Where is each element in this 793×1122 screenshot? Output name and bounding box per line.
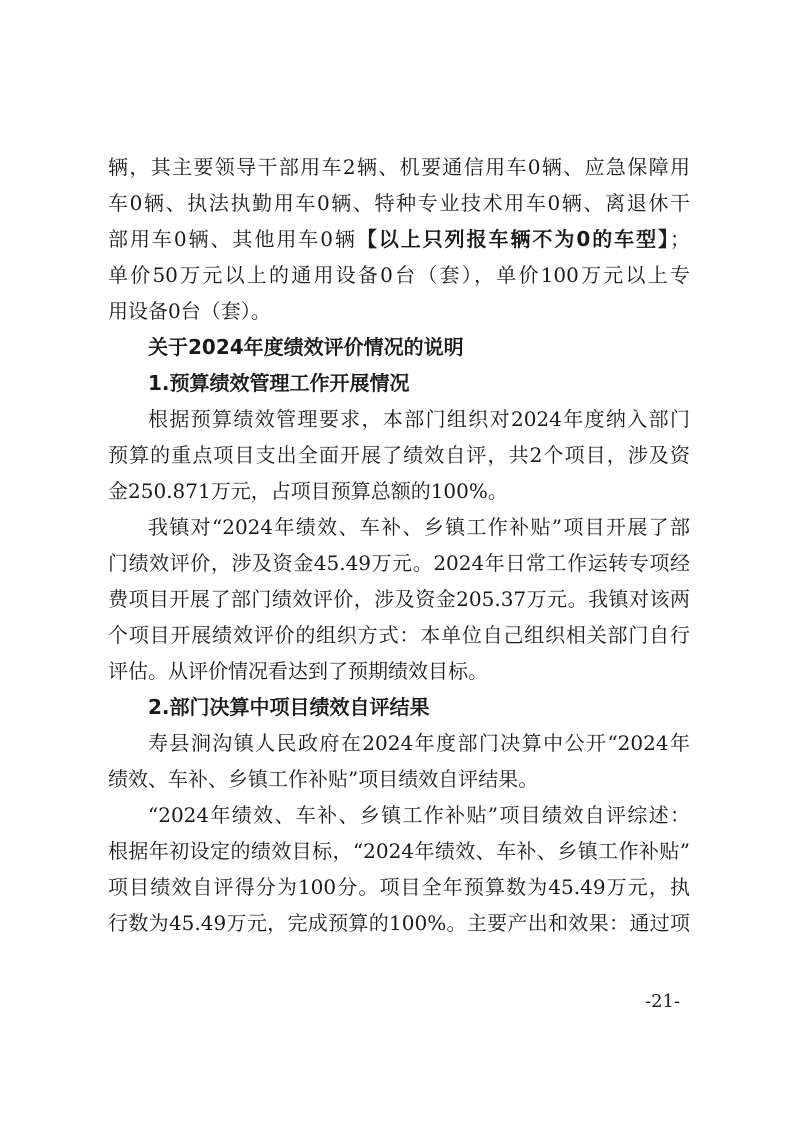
- paragraph-line: 费项目开展了部门绩效评价，涉及资金205.37万元。我镇对该两: [108, 581, 690, 617]
- vehicle-paragraph-line: 辆，其主要领导干部用车2辆、机要通信用车0辆、应急保障用: [108, 149, 690, 185]
- heading-budget-performance: 1.预算绩效管理工作开展情况: [108, 365, 690, 401]
- paragraph-line: 根据预算绩效管理要求，本部门组织对2024年度纳入部门: [108, 401, 690, 437]
- section-title: 关于2024年度绩效评价情况的说明: [108, 329, 690, 365]
- paragraph-line: 门绩效评价，涉及资金45.49万元。2024年日常工作运转专项经: [108, 545, 690, 581]
- paragraph-line: 评估。从评价情况看达到了预期绩效目标。: [108, 653, 690, 689]
- paragraph-line: 个项目开展绩效评价的组织方式：本单位自己组织相关部门自行: [108, 617, 690, 653]
- equipment-paragraph-line: 用设备0台（套）。: [108, 293, 690, 329]
- vehicle-text-tail: ；: [670, 227, 690, 251]
- paragraph-line: 寿县涧沟镇人民政府在2024年度部门决算中公开“2024年: [108, 725, 690, 761]
- paragraph-line: 根据年初设定的绩效目标，“2024年绩效、车补、乡镇工作补贴”: [108, 833, 690, 869]
- vehicle-paragraph-line: 车0辆、执法执勤用车0辆、特种专业技术用车0辆、离退休干: [108, 185, 690, 221]
- paragraph-line: 项目绩效自评得分为100分。项目全年预算数为45.49万元，执: [108, 869, 690, 905]
- vehicle-text: 部用车0辆、其他用车0辆: [108, 227, 357, 251]
- paragraph-line: 绩效、车补、乡镇工作补贴”项目绩效自评结果。: [108, 761, 690, 797]
- paragraph-line: 金250.871万元，占项目预算总额的100%。: [108, 473, 690, 509]
- paragraph-line: 预算的重点项目支出全面开展了绩效自评，共2个项目，涉及资: [108, 437, 690, 473]
- equipment-paragraph-line: 单价50万元以上的通用设备0台（套），单价100万元以上专: [108, 257, 690, 293]
- vehicle-paragraph-line: 部用车0辆、其他用车0辆【以上只列报车辆不为0的车型】；: [108, 221, 690, 257]
- vehicle-note-emphasis: 【以上只列报车辆不为0的车型】: [357, 227, 670, 251]
- heading-self-evaluation-results: 2.部门决算中项目绩效自评结果: [108, 689, 690, 725]
- document-page: 辆，其主要领导干部用车2辆、机要通信用车0辆、应急保障用 车0辆、执法执勤用车0…: [108, 149, 690, 941]
- paragraph-line: 行数为45.49万元，完成预算的100%。主要产出和效果：通过项: [108, 905, 690, 941]
- paragraph-line: 我镇对“2024年绩效、车补、乡镇工作补贴”项目开展了部: [108, 509, 690, 545]
- paragraph-line: “2024年绩效、车补、乡镇工作补贴”项目绩效自评综述：: [108, 797, 690, 833]
- page-number: -21-: [645, 990, 680, 1014]
